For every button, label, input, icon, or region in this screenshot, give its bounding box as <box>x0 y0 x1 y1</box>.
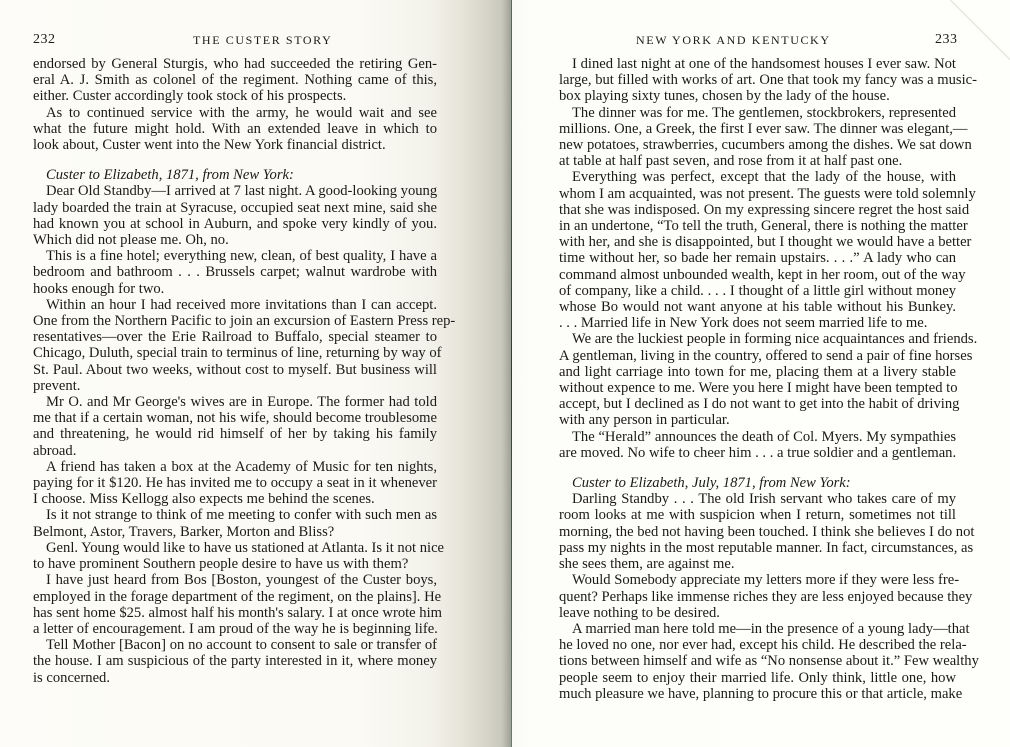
text-line: We are the luckiest people in forming ni… <box>559 331 956 347</box>
text-line: Mr O. and Mr George's wives are in Europ… <box>33 394 437 410</box>
text-line: at table at half past seven, and rose fr… <box>559 153 956 169</box>
text-line: pass my nights in the most reputable man… <box>559 540 956 556</box>
text-line: lady boarded the train at Syracuse, occu… <box>33 200 437 216</box>
text-line: without expence to me. Were you here I m… <box>559 380 956 396</box>
text-line: and light carriage into town for me, pla… <box>559 364 956 380</box>
text-line: Everything was perfect, except that the … <box>559 169 956 185</box>
text-line: morning, the bed not having been touched… <box>559 524 956 540</box>
text-line: paying for it $120. He has invited me to… <box>33 475 437 491</box>
text-line: endorsed by General Sturgis, who had suc… <box>33 56 437 72</box>
text-line: to have prominent Southern people desire… <box>33 556 437 572</box>
text-line: Within an hour I had received more invit… <box>33 297 437 313</box>
text-line: that she was indisposed. On my expressin… <box>559 202 956 218</box>
text-line: large, but filled with works of art. One… <box>559 72 956 88</box>
text-line: a letter of encouragement. I am proud of… <box>33 621 437 637</box>
text-line: Belmont, Astor, Travers, Barker, Morton … <box>33 524 437 540</box>
text-line: had known you at school in Auburn, and s… <box>33 216 437 232</box>
text-line: much pleasure we have, planning to procu… <box>559 686 956 702</box>
text-line: The dinner was for me. The gentlemen, st… <box>559 105 956 121</box>
text-line: Tell Mother [Bacon] on no account to con… <box>33 637 437 653</box>
text-line: leave nothing to be desired. <box>559 605 956 621</box>
text-line: millions. One, a Greek, the first I ever… <box>559 121 956 137</box>
text-line: As to continued service with the army, h… <box>33 105 437 121</box>
text-line: This is a fine hotel; everything new, cl… <box>33 248 437 264</box>
text-line: either. Custer accordingly took stock of… <box>33 88 437 104</box>
text-line: and threatening, he would rid himself of… <box>33 426 437 442</box>
text-line: A friend has taken a box at the Academy … <box>33 459 437 475</box>
text-line: of company, like a child. . . . I though… <box>559 283 956 299</box>
text-line: the house. I am suspicious of the party … <box>33 653 437 669</box>
letter-heading: Custer to Elizabeth, July, 1871, from Ne… <box>559 475 956 491</box>
text-line: is concerned. <box>33 670 437 686</box>
text-line: I choose. Miss Kellogg also expects me b… <box>33 491 437 507</box>
text-line: he loved no one, nor ever had, except hi… <box>559 637 956 653</box>
text-line: time without her, so bade her remain ups… <box>559 250 956 266</box>
left-page: 232 THE CUSTER STORY endorsed by General… <box>0 0 512 747</box>
text-line: One from the Northern Pacific to join an… <box>33 313 437 329</box>
text-line: look about, Custer went into the New Yor… <box>33 137 437 153</box>
text-line: I have just heard from Bos [Boston, youn… <box>33 572 437 588</box>
text-line: with her, and she is disappointed, but I… <box>559 234 956 250</box>
text-line: whose Bo would not want anyone at his ta… <box>559 299 956 315</box>
text-line: whom I am acquainted, was not present. T… <box>559 186 956 202</box>
text-line: are moved. No wife to cheer him . . . a … <box>559 445 956 461</box>
text-line: what the future might hold. With an exte… <box>33 121 437 137</box>
text-line: Darling Standby . . . The old Irish serv… <box>559 491 956 507</box>
left-page-body: endorsed by General Sturgis, who had suc… <box>33 56 437 686</box>
text-line: with any person in particular. <box>559 412 956 428</box>
text-line: she sees them, are against me. <box>559 556 956 572</box>
text-line: accept, but I declined as I do not want … <box>559 396 956 412</box>
running-head-left: THE CUSTER STORY <box>193 33 332 48</box>
text-line: The “Herald” announces the death of Col.… <box>559 429 956 445</box>
text-line: A married man here told me—in the presen… <box>559 621 956 637</box>
text-line: resentatives—over the Erie Railroad to B… <box>33 329 437 345</box>
text-line: box playing sixty tunes, chosen by the l… <box>559 88 956 104</box>
text-line: Chicago, Duluth, special train to termin… <box>33 345 437 361</box>
text-line: in an undertone, “To tell the truth, Gen… <box>559 218 956 234</box>
text-line: Dear Old Standby—I arrived at 7 last nig… <box>33 183 437 199</box>
section-spacer <box>559 461 956 475</box>
text-line: hooks enough for two. <box>33 281 437 297</box>
text-line: St. Paul. About two weeks, without cost … <box>33 362 437 378</box>
text-line: has sent home $25. almost half his month… <box>33 605 437 621</box>
section-spacer <box>33 153 437 167</box>
right-page: NEW YORK AND KENTUCKY 233 I dined last n… <box>512 0 1010 747</box>
letter-heading: Custer to Elizabeth, 1871, from New York… <box>33 167 437 183</box>
text-line: Is it not strange to think of me meeting… <box>33 507 437 523</box>
text-line: . . . Married life in New York does not … <box>559 315 956 331</box>
page-corner-crease <box>950 0 1010 60</box>
text-line: bedroom and bathroom . . . Brussels carp… <box>33 264 437 280</box>
text-line: tions between himself and wife as “No no… <box>559 653 956 669</box>
text-line: prevent. <box>33 378 437 394</box>
text-line: Would Somebody appreciate my letters mor… <box>559 572 956 588</box>
running-head-right: NEW YORK AND KENTUCKY <box>636 33 831 48</box>
text-line: command almost unbounded wealth, kept in… <box>559 267 956 283</box>
book-spread: 232 THE CUSTER STORY endorsed by General… <box>0 0 1010 747</box>
text-line: eral A. J. Smith as colonel of the regim… <box>33 72 437 88</box>
text-line: Genl. Young would like to have us statio… <box>33 540 437 556</box>
text-line: abroad. <box>33 443 437 459</box>
text-line: room looks at me with suspicion when I r… <box>559 507 956 523</box>
text-line: quent? Perhaps like immense riches they … <box>559 589 956 605</box>
text-line: employed in the forage department of the… <box>33 589 437 605</box>
page-number-left: 232 <box>33 32 56 48</box>
text-line: people seem to enjoy their married life.… <box>559 670 956 686</box>
right-page-body: I dined last night at one of the handsom… <box>559 56 956 702</box>
text-line: Which did not please me. Oh, no. <box>33 232 437 248</box>
text-line: new potatoes, strawberries, cucumbers am… <box>559 137 956 153</box>
text-line: I dined last night at one of the handsom… <box>559 56 956 72</box>
text-line: me that if a certain woman, not his wife… <box>33 410 437 426</box>
text-line: A gentleman, living in the country, offe… <box>559 348 956 364</box>
